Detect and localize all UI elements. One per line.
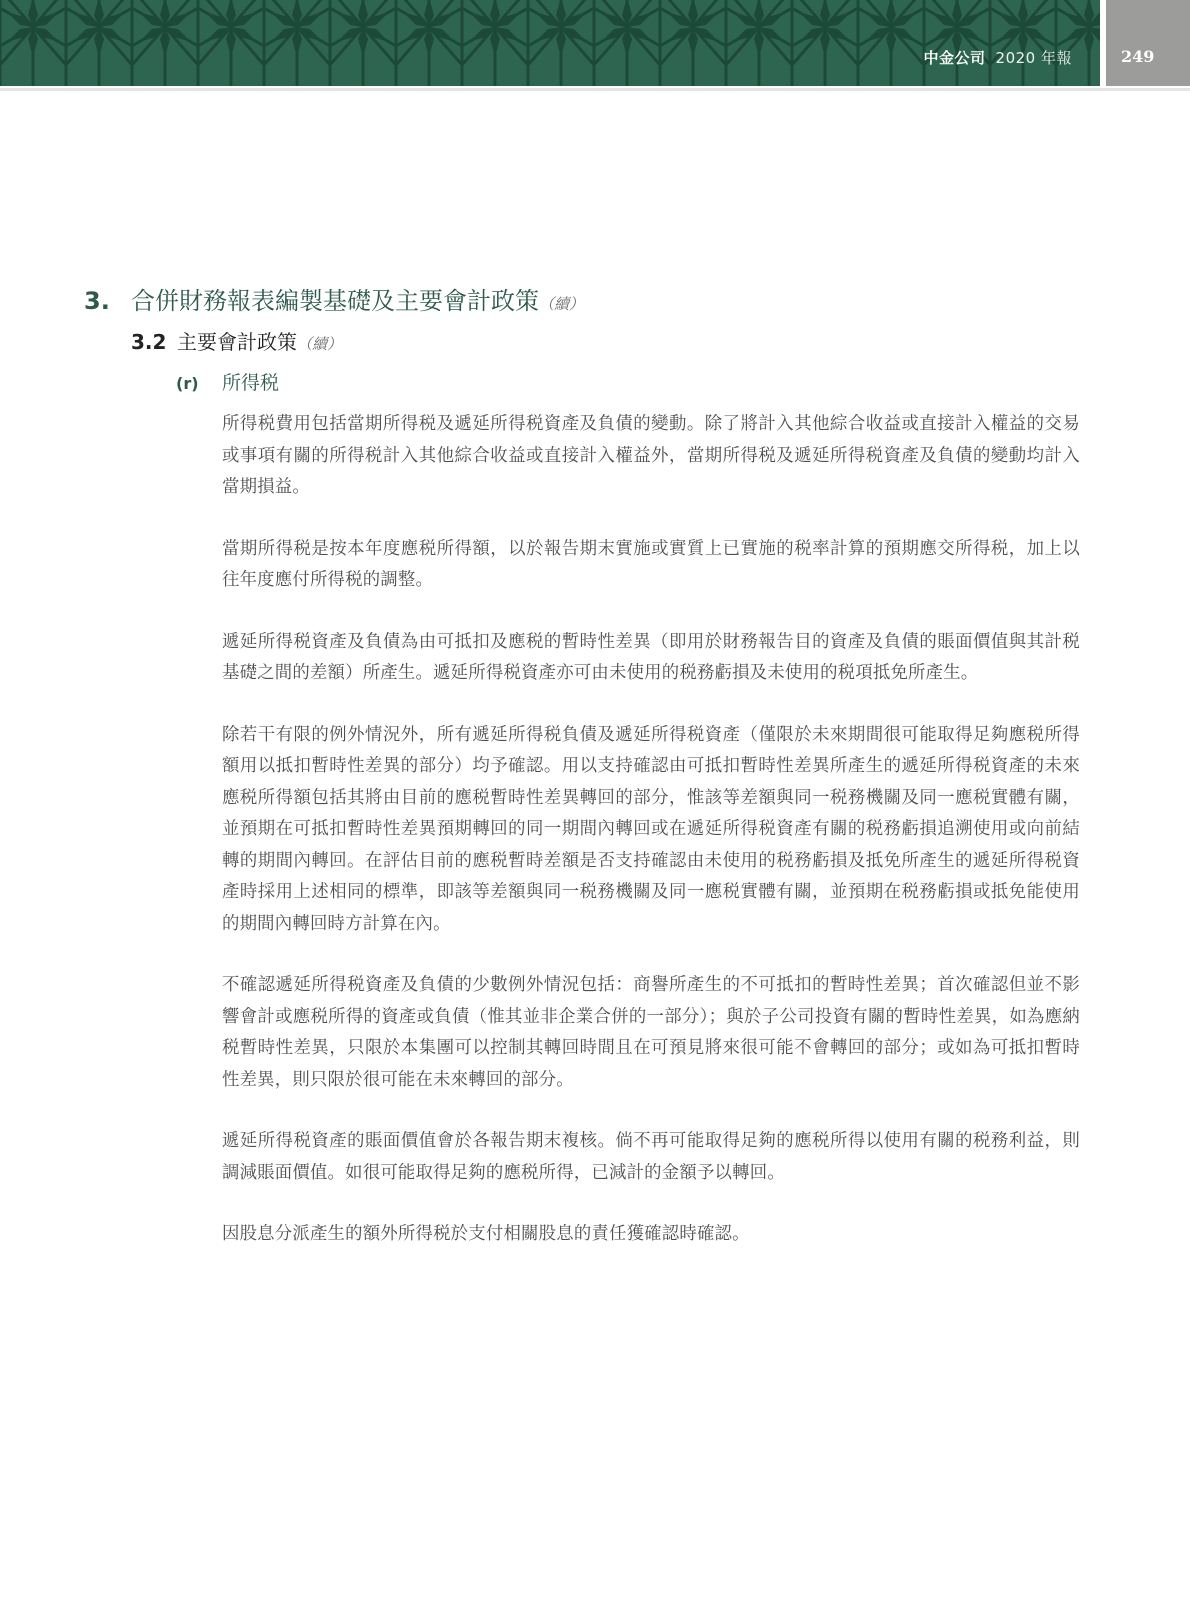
item-title: 所得税 [222,372,279,394]
paragraph-carrying-amount-review: 遞延所得税資產的賬面價值會於各報告期末複核。倘不再可能取得足夠的應税所得以使用有… [222,1126,1080,1189]
subsection-continued: （續） [297,335,342,353]
page-number-box: 249 [1106,0,1190,86]
company-name: 中金公司 [924,49,986,67]
section-continued: （續） [539,295,584,313]
paragraph-dividend-tax: 因股息分派產生的額外所得税於支付相關股息的責任獲確認時確認。 [222,1219,1080,1251]
paragraph-current-tax: 當期所得税是按本年度應税所得額，以於報告期末實施或實質上已實施的税率計算的預期應… [222,534,1080,597]
body-text: 所得税費用包括當期所得税及遞延所得税資產及負債的變動。除了將計入其他綜合收益或直… [222,409,1080,1281]
paragraph-deferred-tax-origin: 遞延所得税資產及負債為由可抵扣及應税的暫時性差異（即用於財務報告目的資產及負債的… [222,627,1080,690]
subsection-number: 3.2 [131,330,177,354]
subsection-heading: 3.2主要會計政策（續） [131,326,342,355]
item-number: (r) [176,374,222,393]
report-year: 2020 年報 [996,49,1072,67]
asanoha-pattern-icon [0,0,1100,86]
paragraph-income-tax-expense: 所得税費用包括當期所得税及遞延所得税資產及負債的變動。除了將計入其他綜合收益或直… [222,409,1080,504]
header-banner: 中金公司2020 年報 [0,0,1100,86]
subsection-title: 主要會計政策 [177,330,297,354]
section-number: 3. [84,287,131,315]
section-heading: 3.合併財務報表編製基礎及主要會計政策（續） [84,281,584,316]
section-title: 合併財務報表編製基礎及主要會計政策 [131,287,539,315]
paragraph-deferred-tax-recognition: 除若干有限的例外情況外，所有遞延所得税負債及遞延所得税資產（僅限於未來期間很可能… [222,720,1080,941]
item-heading: (r)所得税 [176,368,279,395]
page-number: 249 [1121,47,1154,66]
paragraph-recognition-exceptions: 不確認遞延所得税資產及負債的少數例外情況包括：商譽所產生的不可抵扣的暫時性差異；… [222,970,1080,1096]
report-title: 中金公司2020 年報 [924,47,1072,68]
header-divider [0,88,1190,91]
